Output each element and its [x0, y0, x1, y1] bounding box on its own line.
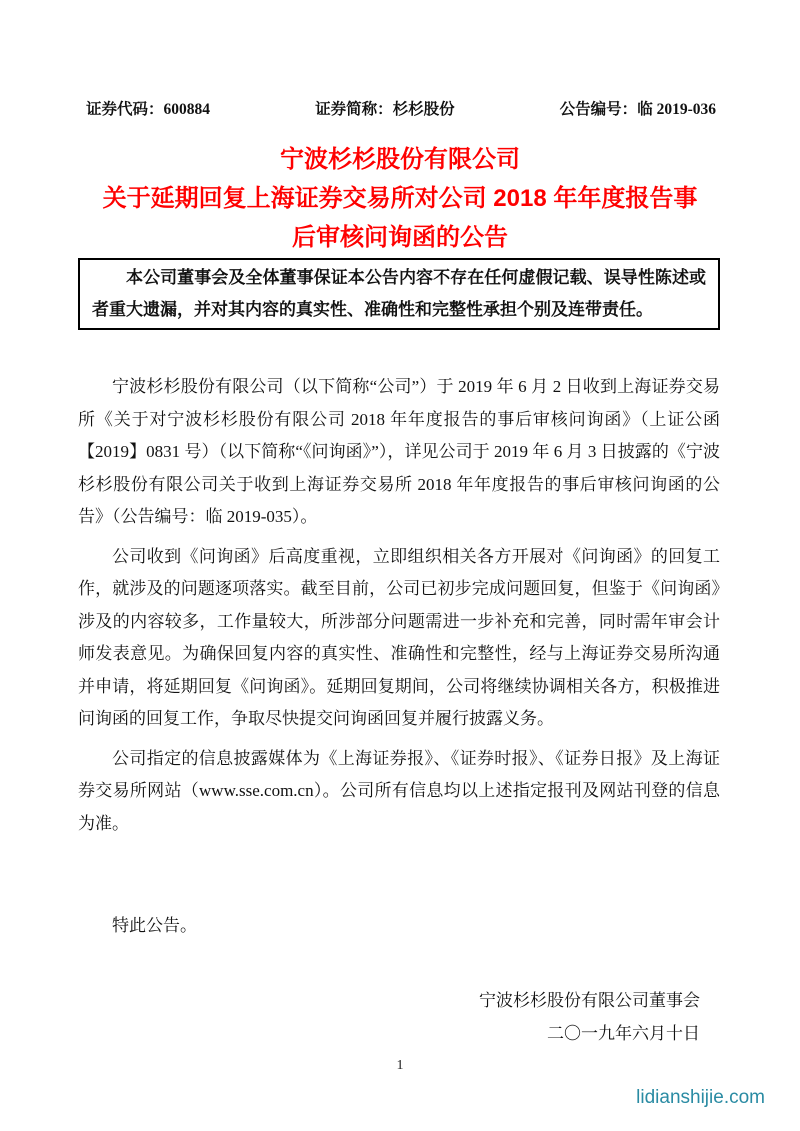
signature-name: 宁波杉杉股份有限公司董事会	[0, 984, 700, 1017]
stock-name-value: 杉杉股份	[393, 101, 455, 118]
announcement-no: 公告编号：临 2019-036	[560, 97, 716, 119]
announcement-no-value: 临 2019-036	[637, 101, 716, 118]
document-page: 证券代码：600884 证券简称：杉杉股份 公告编号：临 2019-036 宁波…	[0, 0, 800, 1131]
stock-code-value: 600884	[164, 101, 211, 118]
closing-text: 特此公告。	[78, 910, 720, 943]
declaration-box: 本公司董事会及全体董事保证本公告内容不存在任何虚假记载、误导性陈述或者重大遗漏，…	[78, 258, 720, 330]
doc-body: 宁波杉杉股份有限公司（以下简称“公司”）于 2019 年 6 月 2 日收到上海…	[78, 371, 720, 943]
doc-header: 证券代码：600884 证券简称：杉杉股份 公告编号：临 2019-036	[86, 0, 716, 119]
body-paragraph: 公司收到《问询函》后高度重视，立即组织相关各方开展对《问询函》的回复工作，就涉及…	[78, 541, 720, 736]
page-number: 1	[0, 1058, 800, 1074]
declaration-text: 本公司董事会及全体董事保证本公告内容不存在任何虚假记载、误导性陈述或者重大遗漏，…	[92, 262, 706, 326]
body-paragraph: 公司指定的信息披露媒体为《上海证券报》、《证券时报》、《证券日报》及上海证券交易…	[78, 743, 720, 841]
stock-code-label: 证券代码：	[86, 101, 164, 118]
signature-date: 二〇一九年六月十日	[0, 1017, 700, 1050]
announcement-no-label: 公告编号：	[560, 101, 638, 118]
stock-name-label: 证券简称：	[315, 101, 393, 118]
body-paragraph: 宁波杉杉股份有限公司（以下简称“公司”）于 2019 年 6 月 2 日收到上海…	[78, 371, 720, 534]
watermark-text: lidianshijie.com	[636, 1087, 765, 1109]
title-line-2: 关于延期回复上海证券交易所对公司 2018 年年度报告事	[40, 179, 760, 218]
signature-block: 宁波杉杉股份有限公司董事会 二〇一九年六月十日	[0, 984, 700, 1050]
stock-code: 证券代码：600884	[86, 97, 210, 119]
stock-name: 证券简称：杉杉股份	[315, 97, 455, 119]
doc-title: 宁波杉杉股份有限公司 关于延期回复上海证券交易所对公司 2018 年年度报告事 …	[40, 140, 760, 257]
title-line-1: 宁波杉杉股份有限公司	[40, 140, 760, 179]
title-line-3: 后审核问询函的公告	[40, 218, 760, 257]
